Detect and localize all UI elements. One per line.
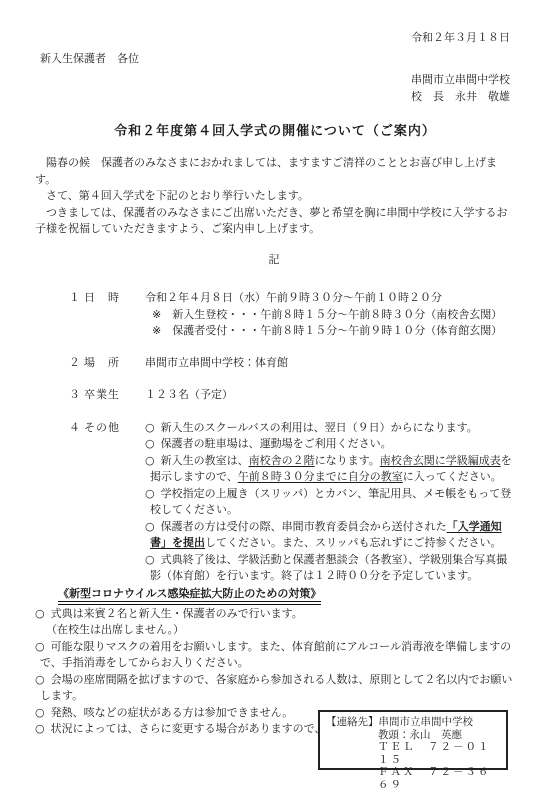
bullet-text: 式典は来賓２名と新入生・保護者のみで行います。	[51, 607, 303, 620]
sender-principal: 校 長 永井 敬雄	[35, 88, 510, 105]
item-datetime: １ 日 時 令和２年４月８日（水）午前９時３０分～午前１０時２０分 ※ 新入生登…	[69, 290, 515, 340]
record-marker: 記	[35, 252, 515, 269]
bullet-belongings: ○学校指定の上履き（スリッパ）とカバン、筆記用具、メモ帳をもって登校してください…	[145, 486, 515, 519]
item-label: 場 所	[84, 355, 145, 372]
item-label: 卒業生	[84, 387, 145, 404]
circle-bullet-icon: ○	[145, 487, 155, 500]
bullet-text: 学校指定の上履き（スリッパ）とカバン、筆記用具、メモ帳をもって登校してください。	[150, 487, 511, 517]
bullet-attendees: ○式典は来賓２名と新入生・保護者のみで行います。 （在校生は出席しません。）	[35, 606, 515, 639]
item-other: ４ その他 ○新入生のスクールバスの利用は、翌日（９日）からになります。 ○保護…	[69, 420, 515, 585]
sender-block: 串間市立串間中学校 校 長 永井 敬雄	[35, 71, 515, 105]
item-value: 令和２年４月８日（水）午前９時３０分～午前１０時２０分 ※ 新入生登校・・・午前…	[145, 290, 515, 340]
contact-tel: ＴＥＬ ７２－０１１５	[326, 741, 500, 766]
covid-section-heading: 《新型コロナウイルス感染症拡大防止のための対策》	[58, 586, 321, 605]
paragraph-announcement: さて、第４回入学式を下記のとおり挙行いたします。	[35, 188, 515, 205]
note-parent-reception: ※ 保護者受付・・・午前８時１５分～午前９時１０分（体育館玄関）	[152, 323, 515, 340]
bullet-classroom: ○新入生の教室は、南校舎の２階になります。南校舎玄関に学級編成表を掲示しますので…	[145, 453, 515, 486]
body-paragraphs: 陽春の候 保護者のみなさまにおかれましては、ますますご清祥のこととお喜び申し上げ…	[35, 155, 515, 238]
circle-bullet-icon: ○	[35, 640, 45, 653]
students-value: １２３名（予定）	[145, 387, 515, 404]
bullet-text: 発熱、咳などの症状がある方は参加できません。	[51, 706, 294, 719]
bullet-text: 会場の座席間隔を拡げますので、各家庭から参加される人数は、原則として２名以内でお…	[40, 673, 512, 703]
bullet-after-ceremony: ○式典終了後は、学級活動と保護者懇談会（各教室）、学級別集合写真撮影（体育館）を…	[145, 552, 515, 585]
bullet-parking: ○保護者の駐車場は、運動場をご利用ください。	[145, 436, 515, 453]
paragraph-greeting: 陽春の候 保護者のみなさまにおかれましては、ますますご清祥のこととお喜び申し上げ…	[35, 155, 515, 188]
paragraph-invitation: つきましては、保護者のみなさまにご出席いただき、夢と希望を胸に串間中学校に入学す…	[35, 205, 515, 238]
item-label: その他	[84, 420, 145, 585]
note-student-arrival: ※ 新入生登校・・・午前８時１５分～午前８時３０分（南校舎玄関）	[152, 307, 515, 324]
item-place: ２ 場 所 串間市立串間中学校：体育館	[69, 355, 515, 372]
bullet-notification: ○保護者の方は受付の際、串間市教育委員会から送付された「入学通知書」を提出してく…	[145, 519, 515, 552]
circle-bullet-icon: ○	[145, 520, 155, 533]
document-date: 令和２年３月１８日	[35, 30, 515, 47]
contact-vice-principal: 教頭：永山 英應	[326, 729, 500, 742]
item-number: ４	[69, 420, 84, 585]
item-number: １	[69, 290, 84, 340]
bullet-mask: ○可能な限りマスクの着用をお願いします。また、体育館前にアルコール消毒液を準備し…	[35, 639, 515, 672]
contact-box: 【連絡先】串間市立串間中学校 教頭：永山 英應 ＴＥＬ ７２－０１１５ ＦＡＸ …	[318, 710, 508, 770]
bullet-schoolbus: ○新入生のスクールバスの利用は、翌日（９日）からになります。	[145, 420, 515, 437]
circle-bullet-icon: ○	[35, 607, 45, 620]
bullet-text: 可能な限りマスクの着用をお願いします。また、体育館前にアルコール消毒液を準備しま…	[40, 640, 511, 670]
bullet-text: 新入生のスクールバスの利用は、翌日（９日）からになります。	[161, 421, 478, 434]
document-page: 令和２年３月１８日 新入生保護者 各位 串間市立串間中学校 校 長 永井 敬雄 …	[0, 0, 550, 800]
sender-school: 串間市立串間中学校	[35, 71, 510, 88]
bullet-seating: ○会場の座席間隔を拡げますので、各家庭から参加される人数は、原則として２名以内で…	[35, 672, 515, 705]
bullet-text: 保護者の駐車場は、運動場をご利用ください。	[161, 437, 392, 450]
circle-bullet-icon: ○	[35, 706, 45, 719]
other-bullet-list-wrap: ○新入生のスクールバスの利用は、翌日（９日）からになります。 ○保護者の駐車場は…	[145, 420, 515, 585]
circle-bullet-icon: ○	[35, 722, 45, 735]
datetime-value: 令和２年４月８日（水）午前９時３０分～午前１０時２０分	[145, 290, 515, 307]
contact-school: 【連絡先】串間市立串間中学校	[326, 716, 500, 729]
page-title: 令和２年度第４回入学式の開催について（ご案内）	[35, 123, 515, 141]
item-students: ３ 卒業生 １２３名（予定）	[69, 387, 515, 404]
circle-bullet-icon: ○	[145, 553, 155, 566]
detail-items: １ 日 時 令和２年４月８日（水）午前９時３０分～午前１０時２０分 ※ 新入生登…	[69, 290, 515, 585]
circle-bullet-icon: ○	[145, 437, 155, 450]
circle-bullet-icon: ○	[35, 673, 45, 686]
place-value: 串間市立串間中学校：体育館	[145, 355, 515, 372]
bullet-attendees-note: （在校生は出席しません。）	[40, 622, 515, 639]
other-bullet-list: ○新入生のスクールバスの利用は、翌日（９日）からになります。 ○保護者の駐車場は…	[145, 420, 515, 585]
bullet-text: 保護者の方は受付の際、串間市教育委員会から送付された「入学通知書」を提出してくだ…	[150, 520, 502, 550]
item-number: ２	[69, 355, 84, 372]
item-number: ３	[69, 387, 84, 404]
contact-fax: ＦＡＸ ７２－３６６９	[326, 766, 500, 791]
bullet-text: 新入生の教室は、南校舎の２階になります。南校舎玄関に学級編成表を掲示しますので、…	[150, 454, 512, 484]
circle-bullet-icon: ○	[145, 454, 155, 467]
circle-bullet-icon: ○	[145, 421, 155, 434]
item-label: 日 時	[84, 290, 145, 340]
recipient: 新入生保護者 各位	[35, 51, 515, 68]
bullet-text: 式典終了後は、学級活動と保護者懇談会（各教室）、学級別集合写真撮影（体育館）を行…	[150, 553, 507, 583]
